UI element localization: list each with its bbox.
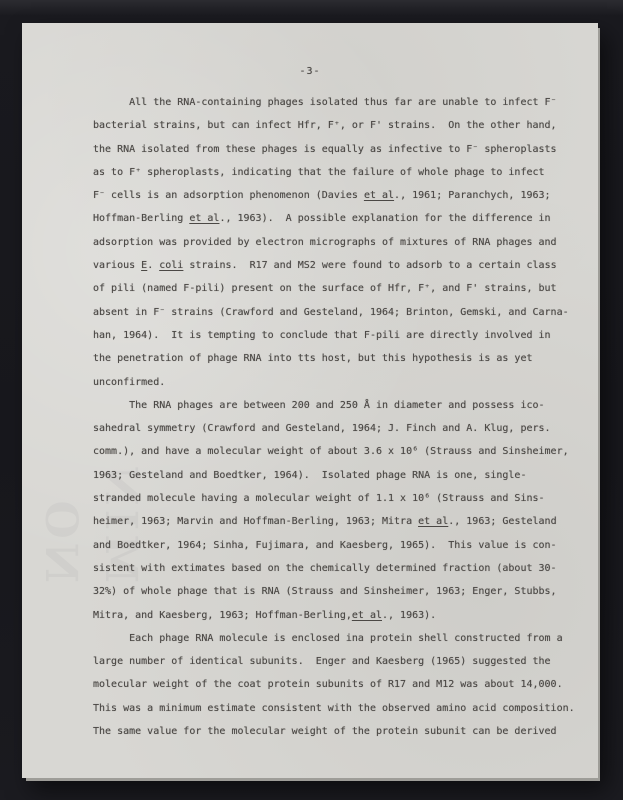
document-body-text: All the RNA-containing phages isolated t…: [93, 91, 585, 743]
text-line: Mitra, and Kaesberg, 1963; Hoffman-Berli…: [93, 604, 585, 627]
photo-background: MIN NO -3- All the RNA-containing phages…: [0, 0, 623, 800]
text-line: stranded molecule having a molecular wei…: [93, 487, 585, 510]
text-line: F⁻ cells is an adsorption phenomenon (Da…: [93, 184, 585, 207]
text-line: of pili (named F-pili) present on the su…: [93, 277, 585, 300]
text-line: 32%) of whole phage that is RNA (Strauss…: [93, 580, 585, 603]
text-line: adsorption was provided by electron micr…: [93, 231, 585, 254]
text-line: The same value for the molecular weight …: [93, 720, 585, 743]
document-page: MIN NO -3- All the RNA-containing phages…: [22, 23, 598, 778]
text-line: as to F⁺ spheroplasts, indicating that t…: [93, 161, 585, 184]
text-line: comm.), and have a molecular weight of a…: [93, 440, 585, 463]
text-line: sistent with extimates based on the chem…: [93, 557, 585, 580]
text-line: This was a minimum estimate consistent w…: [93, 697, 585, 720]
text-line: All the RNA-containing phages isolated t…: [93, 91, 585, 114]
text-line: various E. coli strains. R17 and MS2 wer…: [93, 254, 585, 277]
text-line: Hoffman-Berling et al., 1963). A possibl…: [93, 207, 585, 230]
text-line: 1963; Gesteland and Boedtker, 1964). Iso…: [93, 464, 585, 487]
text-line: Each phage RNA molecule is enclosed ina …: [93, 627, 585, 650]
text-line: the RNA isolated from these phages is eq…: [93, 138, 585, 161]
text-line: molecular weight of the coat protein sub…: [93, 673, 585, 696]
text-line: sahedral symmetry (Crawford and Gestelan…: [93, 417, 585, 440]
text-line: The RNA phages are between 200 and 250 Å…: [93, 394, 585, 417]
text-line: absent in F⁻ strains (Crawford and Geste…: [93, 301, 585, 324]
text-line: unconfirmed.: [93, 371, 585, 394]
text-line: the penetration of phage RNA into tts ho…: [93, 347, 585, 370]
text-line: large number of identical subunits. Enge…: [93, 650, 585, 673]
text-line: and Boedtker, 1964; Sinha, Fujimara, and…: [93, 534, 585, 557]
text-line: han, 1964). It is tempting to conclude t…: [93, 324, 585, 347]
text-line: bacterial strains, but can infect Hfr, F…: [93, 114, 585, 137]
text-line: heimer, 1963; Marvin and Hoffman-Berling…: [93, 510, 585, 533]
page-number: -3-: [22, 60, 598, 83]
